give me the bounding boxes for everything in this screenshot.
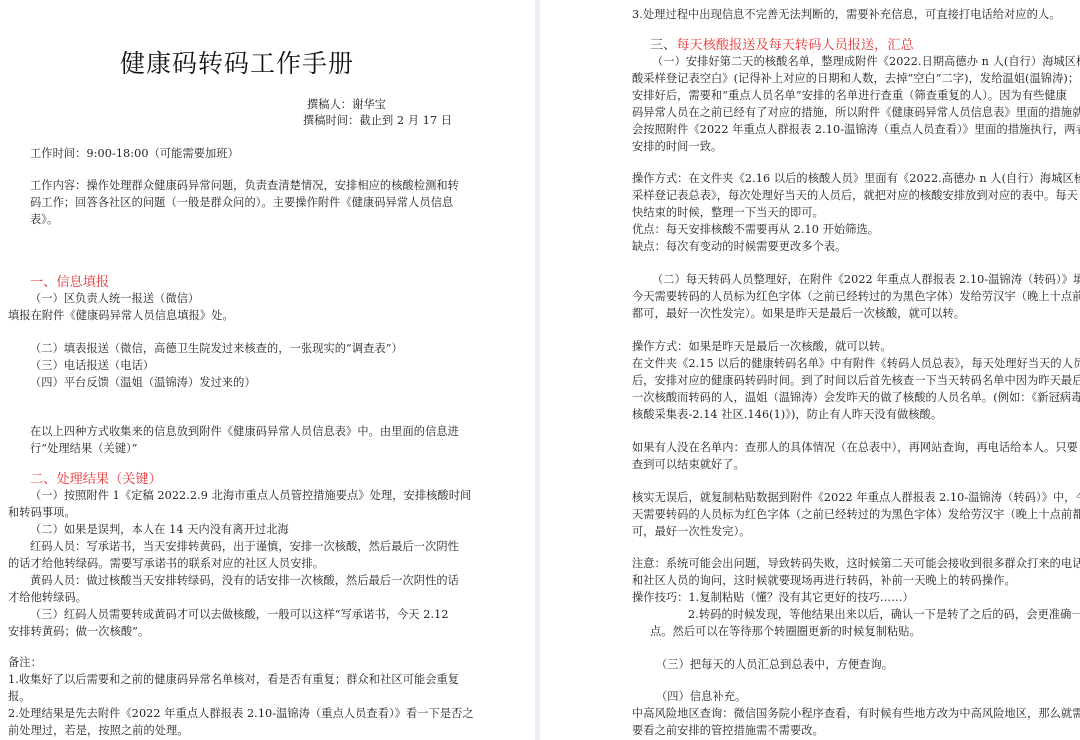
section3-line: 核实无误后，就复制粘贴数据到附件《2022 年重点人群报表 2.10-温锦涛（转… [632,489,1080,507]
section1-line: （三）电话报送（电话） [30,357,154,375]
section3-line: 酸采样登记表空白》(记得补上对应的日期和人数，去掉“空白”二字)，发给温姐(温锦… [632,70,1079,88]
notes-label: 备注： [8,654,42,672]
section3-line: 如果有人没在名单内：查那人的具体情况（在总表中），再网站查询，再电话给本人。只要 [632,439,1078,457]
note-line: 1.收集好了以后需要和之前的健康码异常名单核对，看是否有重复；群众和社区可能会重… [8,671,459,689]
section3-line: （四）信息补充。 [656,688,746,706]
section3-line: 要看之前安排的管控措施需不需要改。 [632,722,824,740]
section3-line: 安排好后，需要和“重点人员名单”安排的名单进行查重（筛查重复的人）。因为有些健康 [632,87,1067,105]
section3-line: 操作方式：在文件夹《2.16 以后的核酸人员》里面有《2022.高德办 n 人(… [632,170,1080,188]
note-line: 前处理过，若是，按照之前的处理。 [8,722,189,740]
section3-line: 快结束的时候，整理一下当天的即可。 [632,204,824,222]
section2-line: 和转码事项。 [8,504,76,522]
section1-line: （二）填表报送（微信，高德卫生院发过来核查的，一张现实的“调查表”） [30,340,403,358]
section3-line: 注意：系统可能会出问题，导致转码失败，这时候第二天可能会接收到很多群众打来的电话 [632,555,1080,573]
section3-line: 可，最好一次性发完）。 [632,523,751,541]
section3-line: 查到可以结束就好了。 [632,456,745,474]
section2-line: 黄码人员：做过核酸当天安排转绿码，没有的话安排一次核酸，然后最后一次阴性的话 [30,572,459,590]
section2-line: （二）如果是误判，本人在 14 天内没有离开过北海 [30,521,289,539]
work-content-line: 表》。 [30,211,58,229]
work-content-line: 工作内容：操作处理群众健康码异常问题，负责查清楚情况，安排相应的核酸检测和转 [30,177,459,195]
section3-line: 采样登记表总表》，每次处理好当天的人员后，就把对应的核酸安排放到对应的表中。每天 [632,187,1078,205]
section1-line: （四）平台反馈（温姐（温锦涛）发过来的） [30,374,256,392]
note-line: 3.处理过程中出现信息不完善无法判断的，需要补充信息，可直接打电话给对应的人。 [632,6,1061,24]
section-heading-3-number: 三、 [650,38,676,53]
note-line: 2.处理结果是先去附件《2022 年重点人群报表 2.10-温锦涛（重点人员查看… [8,705,474,723]
section3-line: 缺点：每次有变动的时候需要更改多个表。 [632,238,846,256]
section2-line: （一）按照附件 1《定稿 2022.2.9 北海市重点人员管控措施要点》处理，安… [30,487,471,505]
section3-line: 会按照附件《2022 年重点人群报表 2.10-温锦涛（重点人员查看）》里面的措… [632,121,1080,139]
document-title: 健康码转码工作手册 [120,44,354,80]
section3-line: 都可，最好一次性发完）。如果是昨天是最后一次核酸，就可以转。 [632,305,965,323]
section3-line: 核酸采集表-2.14 社区.146(1)》)，防止有人昨天没有做核酸。 [632,406,942,424]
work-content-line: 码工作；回答各社区的问题（一般是群众问的）。主要操作附件《健康码异常人员信息 [30,194,453,212]
section3-line: 天需要转码的人员标为红色字体（之前已经转过的为黑色字体）发给劳汉宇（晚上十点前都 [632,506,1080,524]
section3-line: 2.转码的时候发现，等他结果出来以后，确认一下是转了之后的码，会更准确一 [688,606,1080,624]
section2-line: 的话才给他转绿码。需要写承诺书的联系对应的社区人员安排。 [8,555,324,573]
document-page-left: 健康码转码工作手册 撰稿人：谢华宝 撰稿时间：截止到 2 月 17 日 工作时间… [0,0,535,740]
section1-summary-line: 在以上四种方式收集来的信息放到附件《健康码异常人员信息表》中。由里面的信息进 [30,423,459,441]
section3-line: 今天需要转码的人员标为红色字体（之前已经转过的为黑色字体）发给劳汉宇（晚上十点前 [632,288,1080,306]
section3-line: 和社区人员的询问，这时候就要现场再进行转码，补前一天晚上的转码操作。 [632,572,1016,590]
section-heading-3-text: 每天核酸报送及每天转码人员报送，汇总 [676,38,913,53]
work-time: 工作时间：9:00-18:00（可能需要加班） [30,145,239,163]
section3-line: 优点：每天安排核酸不需要再从 2.10 开始筛选。 [632,221,879,239]
section3-line: 操作方式：如果是昨天是最后一次核酸，就可以转。 [632,338,892,356]
section3-line: 一次核酸而转码的人，温姐（温锦涛）会发昨天的做了核酸的人员名单。(例如：《新冠病… [632,389,1080,407]
date-line: 撰稿时间：截止到 2 月 17 日 [303,112,452,130]
section3-line: 码异常人员在之前已经有了对应的措施，所以附件《健康码异常人员信息表》里面的措施就 [632,104,1080,122]
section3-line: 在文件夹《2.15 以后的健康转码名单》中有附件《转码人员总表》，每天处理好当天… [632,355,1080,373]
section2-line: 安排转黄码；做一次核酸”。 [8,623,149,641]
section1-line: （一）区负责人统一报送（微信） [30,290,199,308]
section3-line: 安排的时间一致。 [632,138,722,156]
section3-line: （三）把每天的人员汇总到总表中，方便查询。 [656,656,893,674]
section3-line: 操作技巧：1.复制粘贴（懂？没有其它更好的技巧……） [632,589,914,607]
section2-line: （三）红码人员需要转成黄码才可以去做核酸，一般可以这样“写承诺书，今天 2.12 [30,606,449,624]
section2-line: 红码人员：写承诺书，当天安排转黄码，出于谨慎，安排一次核酸，然后最后一次阴性 [30,538,459,556]
section1-line: 填报在附件《健康码异常人员信息填报》处。 [8,307,234,325]
section3-line: 中高风险地区查询：微信国务院小程序查看，有时候有些地方改为中高风险地区，那么就需 [632,705,1080,723]
section3-line: 后，安排对应的健康码转码时间。到了时间以后首先核查一下当天转码名单中因为昨天最后 [632,372,1080,390]
section3-line: 点。然后可以在等待那个转圈圈更新的时候复制粘贴。 [650,623,921,641]
section3-line: （二）每天转码人员整理好，在附件《2022 年重点人群报表 2.10-温锦涛（转… [652,271,1080,289]
section1-summary-line: 行“处理结果（关键）” [30,440,138,458]
note-line: 报。 [8,688,31,706]
document-page-right: 3.处理过程中出现信息不完善无法判断的，需要补充信息，可直接打电话给对应的人。 … [540,0,1080,740]
section3-line: （一）安排好第二天的核酸名单，整理成附件《2022.日期高德办 n 人(自行）海… [652,53,1080,71]
section2-line: 才给他转绿码。 [8,589,87,607]
